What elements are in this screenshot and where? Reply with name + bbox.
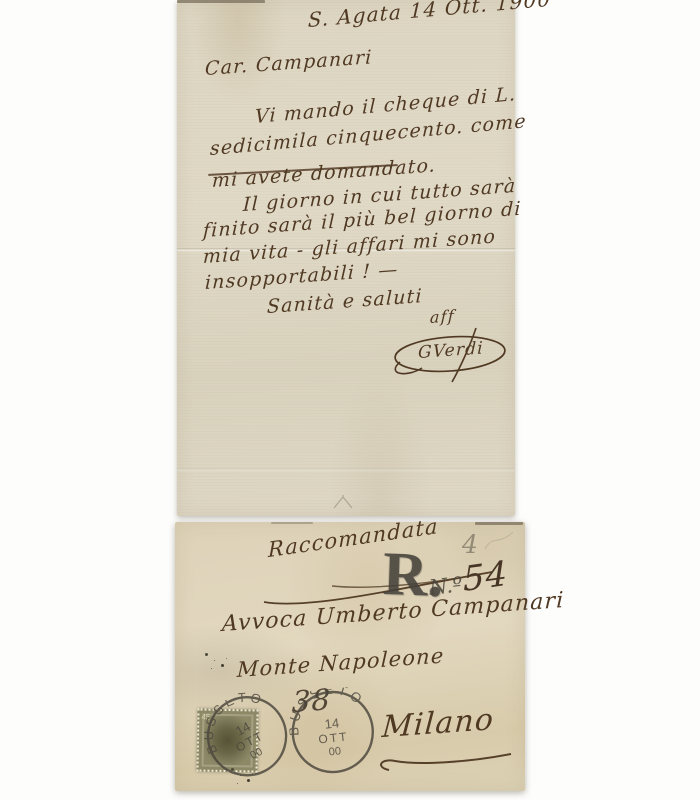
postmark-month: OTT bbox=[318, 729, 349, 746]
city-underline-flourish-icon bbox=[373, 748, 515, 774]
envelope-top-edge-smudge bbox=[271, 522, 313, 524]
fold-crease-lower bbox=[177, 468, 515, 472]
letter-date: S. Agata 14 Ott. 1900 bbox=[308, 0, 552, 32]
postmark-day: 14 bbox=[324, 715, 340, 731]
envelope: Raccomandata R. N.º 54 4 Avvoca Umberto … bbox=[175, 522, 525, 791]
pencil-mark-icon bbox=[332, 494, 354, 510]
letter-salutation: Car. Campanari bbox=[205, 46, 373, 80]
postmark-year: 00 bbox=[328, 745, 341, 758]
letter-top-edge-smudge bbox=[177, 0, 265, 3]
scanned-photo: S. Agata 14 Ott. 1900 Car. Campanari Vi … bbox=[0, 0, 700, 800]
letter-signoff: aff bbox=[430, 306, 456, 327]
address-street: Monte Napoleone bbox=[237, 643, 445, 682]
pencil-scribble-icon bbox=[483, 530, 515, 552]
ink-specks bbox=[205, 653, 208, 656]
postmark-busseto-right: BUSSETO 14 OTT 00 bbox=[286, 685, 381, 783]
signature-block: GVerdi bbox=[390, 326, 512, 384]
letter-closing: Sanità e saluti bbox=[267, 285, 423, 318]
address-city: Milano bbox=[381, 702, 496, 745]
pencil-note: 4 bbox=[462, 530, 478, 559]
envelope-top-edge-smudge bbox=[475, 522, 523, 525]
letter-sheet: S. Agata 14 Ott. 1900 Car. Campanari Vi … bbox=[177, 0, 515, 516]
